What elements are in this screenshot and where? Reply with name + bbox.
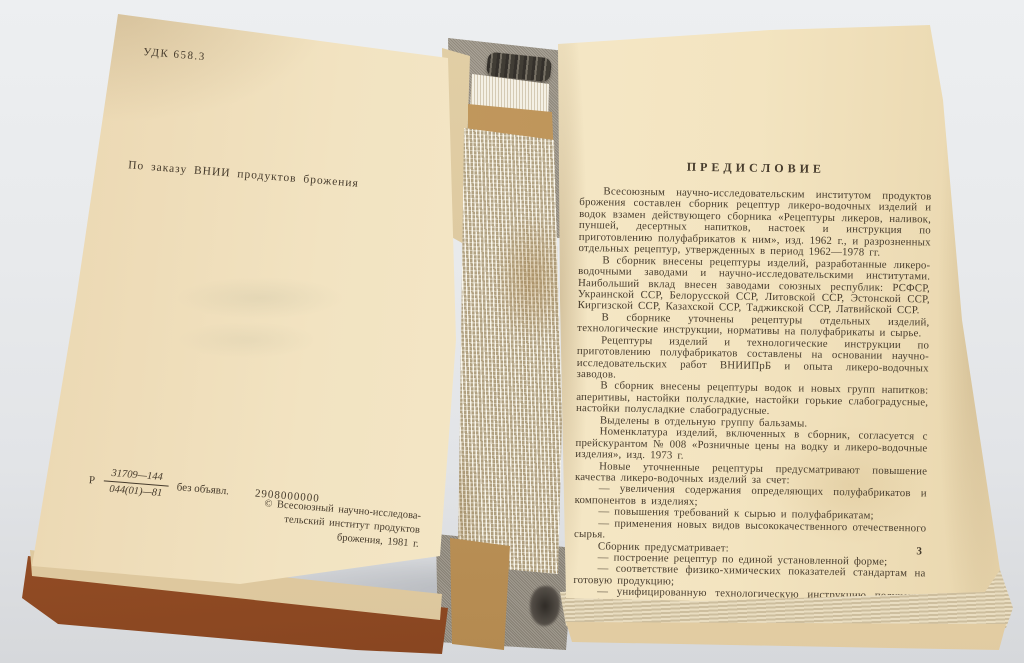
imprint-suffix: без объявл. (176, 481, 229, 497)
imprint-fraction: 31709—144 044(01)—81 (103, 466, 170, 500)
paragraph: В сборник внесены рецептуры изделий, раз… (578, 255, 931, 318)
paragraph: Рецептуры изделий и технологические инст… (577, 335, 930, 386)
commission-note: По заказу ВНИИ продуктов брожения (128, 159, 360, 190)
page-number: 3 (916, 545, 922, 557)
paragraph: Всесоюзным научно-исследовательским инст… (578, 186, 931, 260)
udk-code: УДК 658.3 (143, 46, 206, 63)
photo-scene: УДК 658.3 По заказу ВНИИ продуктов броже… (0, 0, 1024, 663)
copyright-note: © Всесоюзный научно-исследова- тельский … (239, 495, 422, 551)
imprint-letter: Р (88, 474, 95, 486)
left-page-content: УДК 658.3 По заказу ВНИИ продуктов броже… (71, 18, 448, 623)
right-page-content: ПРЕДИСЛОВИЕ Всесоюзным научно-исследоват… (573, 158, 932, 593)
